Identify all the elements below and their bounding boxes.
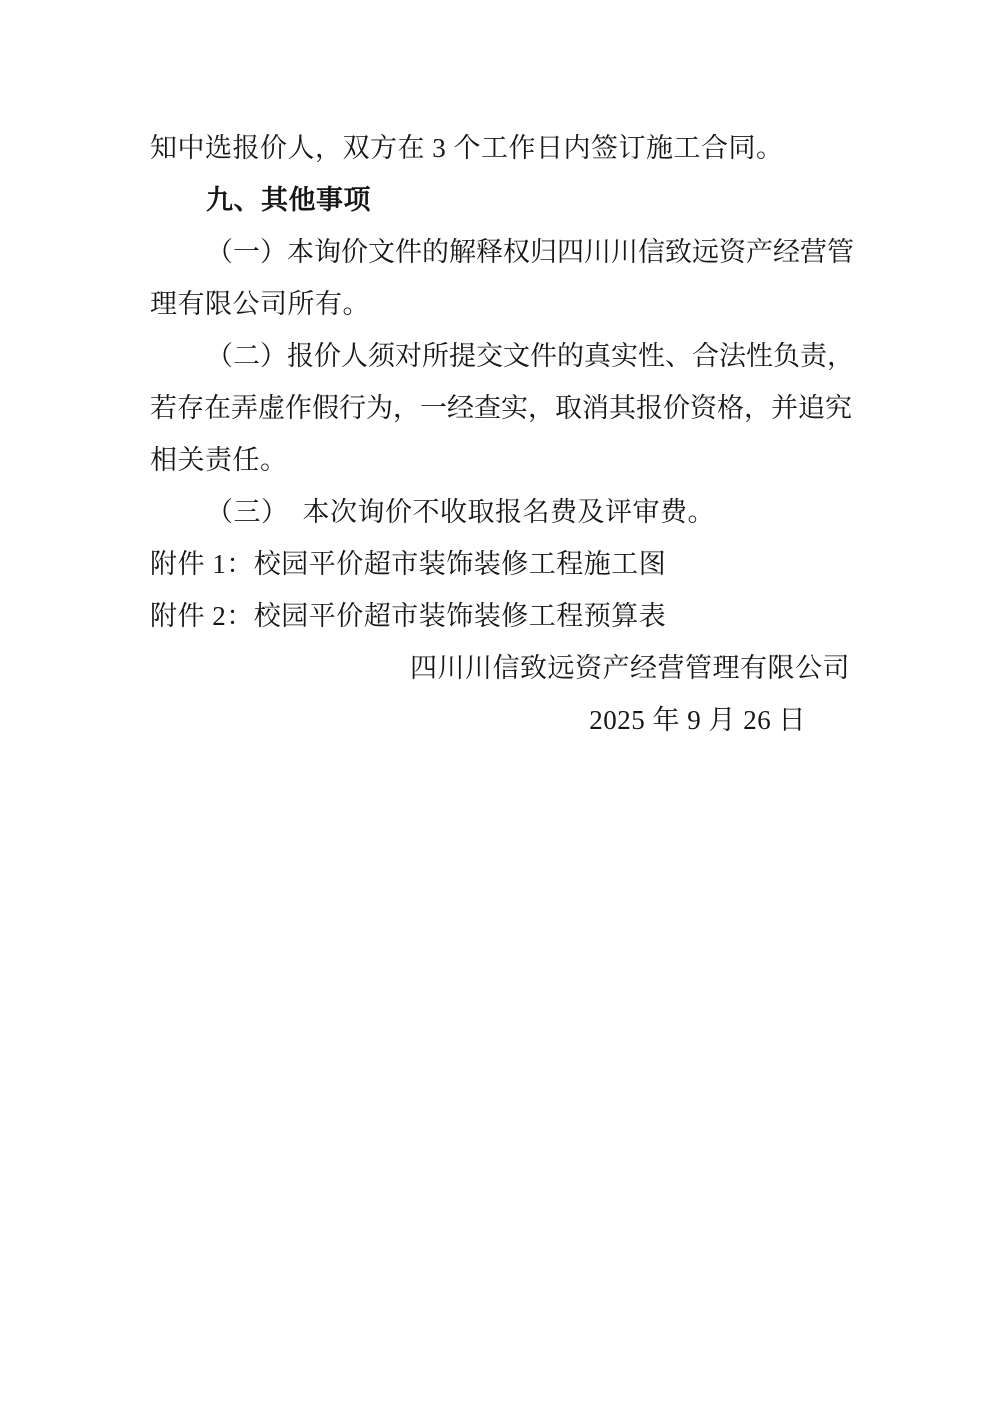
attachment-1-line: 附件 1：校园平价超市装饰装修工程施工图 xyxy=(150,538,850,590)
signature-date: 2025 年 9 月 26 日 xyxy=(150,694,850,746)
section-heading-other-matters: 九、其他事项 xyxy=(150,174,850,226)
company-signature: 四川川信致远资产经营管理有限公司 xyxy=(150,642,850,694)
document-content: 知中选报价人，双方在 3 个工作日内签订施工合同。 九、其他事项 （一）本询价文… xyxy=(150,122,850,746)
item-one-line-1: （一）本询价文件的解释权归四川川信致远资产经营管 xyxy=(150,226,850,278)
document-page: 知中选报价人，双方在 3 个工作日内签订施工合同。 九、其他事项 （一）本询价文… xyxy=(0,0,992,1403)
item-two-line-3: 相关责任。 xyxy=(150,434,850,486)
item-two-line-1: （二）报价人须对所提交文件的真实性、合法性负责， xyxy=(150,330,850,382)
paragraph-continuation-line: 知中选报价人，双方在 3 个工作日内签订施工合同。 xyxy=(150,122,850,174)
item-three-line: （三） 本次询价不收取报名费及评审费。 xyxy=(150,486,850,538)
item-two-line-2: 若存在弄虚作假行为，一经查实，取消其报价资格，并追究 xyxy=(150,382,850,434)
attachment-2-line: 附件 2：校园平价超市装饰装修工程预算表 xyxy=(150,590,850,642)
item-one-line-2: 理有限公司所有。 xyxy=(150,278,850,330)
